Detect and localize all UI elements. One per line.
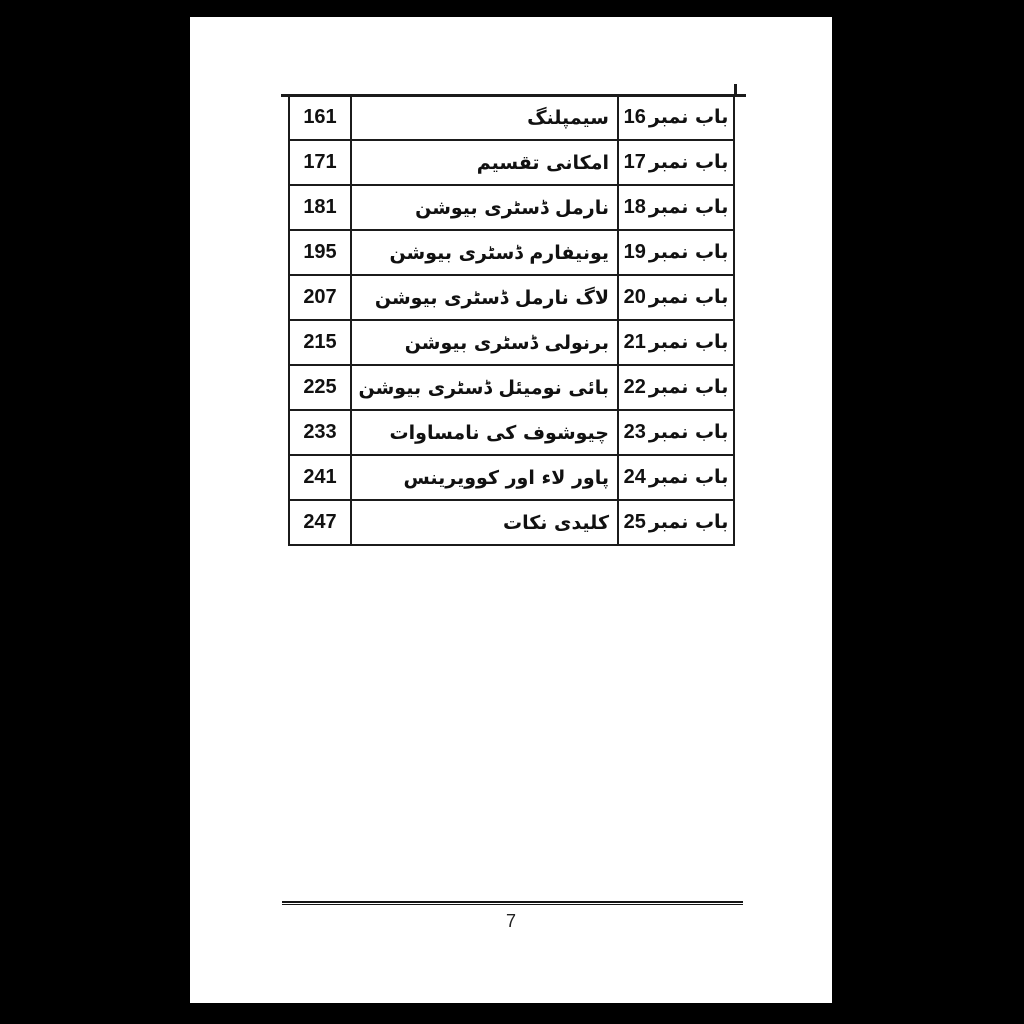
chapter-title: چیوشوف کی نامساوات <box>390 422 609 444</box>
page-cell: 181 <box>289 185 351 230</box>
chapter-number: 18 <box>624 196 646 218</box>
chapter-label: باب نمبر <box>649 241 728 263</box>
chapter-number: 22 <box>624 376 646 398</box>
page-number: 7 <box>190 911 832 932</box>
title-cell: نارمل ڈسٹری بیوشن <box>351 185 618 230</box>
chapter-cell: باب نمبر20 <box>618 275 734 320</box>
page-cell: 233 <box>289 410 351 455</box>
table-row: باب نمبر16 سیمپلنگ 161 <box>289 95 734 140</box>
chapter-cell: باب نمبر24 <box>618 455 734 500</box>
table-row: باب نمبر23 چیوشوف کی نامساوات 233 <box>289 410 734 455</box>
chapter-label: باب نمبر <box>649 106 728 128</box>
chapter-cell: باب نمبر25 <box>618 500 734 545</box>
book-page: باب نمبر16 سیمپلنگ 161 باب نمبر17 امکانی… <box>190 17 832 1003</box>
title-cell: چیوشوف کی نامساوات <box>351 410 618 455</box>
page-cell: 225 <box>289 365 351 410</box>
title-cell: برنولی ڈسٹری بیوشن <box>351 320 618 365</box>
chapter-title: پاور لاء اور کوویرینس <box>404 467 609 489</box>
table-row: باب نمبر21 برنولی ڈسٹری بیوشن 215 <box>289 320 734 365</box>
chapter-title: امکانی تقسیم <box>477 152 609 174</box>
chapter-title: سیمپلنگ <box>527 107 609 129</box>
chapter-cell: باب نمبر23 <box>618 410 734 455</box>
chapter-title: بائی نومیئل ڈسٹری بیوشن <box>359 377 609 399</box>
chapter-number: 16 <box>624 106 646 128</box>
chapter-cell: باب نمبر21 <box>618 320 734 365</box>
toc-table: باب نمبر16 سیمپلنگ 161 باب نمبر17 امکانی… <box>288 94 735 546</box>
chapter-cell: باب نمبر18 <box>618 185 734 230</box>
chapter-title: یونیفارم ڈسٹری بیوشن <box>389 242 609 264</box>
chapter-label: باب نمبر <box>649 331 728 353</box>
page-cell: 215 <box>289 320 351 365</box>
chapter-label: باب نمبر <box>649 421 728 443</box>
page-cell: 241 <box>289 455 351 500</box>
chapter-label: باب نمبر <box>649 466 728 488</box>
page-cell: 161 <box>289 95 351 140</box>
chapter-number: 19 <box>624 241 646 263</box>
table-row: باب نمبر24 پاور لاء اور کوویرینس 241 <box>289 455 734 500</box>
chapter-number: 24 <box>624 466 646 488</box>
scan-background: باب نمبر16 سیمپلنگ 161 باب نمبر17 امکانی… <box>0 0 1024 1024</box>
title-cell: سیمپلنگ <box>351 95 618 140</box>
chapter-number: 21 <box>624 331 646 353</box>
chapter-title: لاگ نارمل ڈسٹری بیوشن <box>375 287 609 309</box>
chapter-cell: باب نمبر16 <box>618 95 734 140</box>
table-row: باب نمبر18 نارمل ڈسٹری بیوشن 181 <box>289 185 734 230</box>
chapter-label: باب نمبر <box>649 286 728 308</box>
page-cell: 195 <box>289 230 351 275</box>
footer-rule <box>282 901 743 905</box>
chapter-title: نارمل ڈسٹری بیوشن <box>415 197 609 219</box>
table-row: باب نمبر25 کلیدی نکات 247 <box>289 500 734 545</box>
title-cell: امکانی تقسیم <box>351 140 618 185</box>
title-cell: بائی نومیئل ڈسٹری بیوشن <box>351 365 618 410</box>
table-row: باب نمبر20 لاگ نارمل ڈسٹری بیوشن 207 <box>289 275 734 320</box>
chapter-label: باب نمبر <box>649 151 728 173</box>
chapter-label: باب نمبر <box>649 511 728 533</box>
chapter-label: باب نمبر <box>649 376 728 398</box>
chapter-label: باب نمبر <box>649 196 728 218</box>
page-cell: 207 <box>289 275 351 320</box>
title-cell: کلیدی نکات <box>351 500 618 545</box>
title-cell: لاگ نارمل ڈسٹری بیوشن <box>351 275 618 320</box>
chapter-number: 17 <box>624 151 646 173</box>
title-cell: یونیفارم ڈسٹری بیوشن <box>351 230 618 275</box>
chapter-number: 20 <box>624 286 646 308</box>
table-row: باب نمبر22 بائی نومیئل ڈسٹری بیوشن 225 <box>289 365 734 410</box>
title-cell: پاور لاء اور کوویرینس <box>351 455 618 500</box>
table-row: باب نمبر17 امکانی تقسیم 171 <box>289 140 734 185</box>
page-cell: 171 <box>289 140 351 185</box>
chapter-cell: باب نمبر19 <box>618 230 734 275</box>
chapter-number: 25 <box>624 511 646 533</box>
table-row: باب نمبر19 یونیفارم ڈسٹری بیوشن 195 <box>289 230 734 275</box>
chapter-title: کلیدی نکات <box>503 512 609 534</box>
chapter-title: برنولی ڈسٹری بیوشن <box>405 332 609 354</box>
chapter-cell: باب نمبر17 <box>618 140 734 185</box>
chapter-cell: باب نمبر22 <box>618 365 734 410</box>
chapter-number: 23 <box>624 421 646 443</box>
page-cell: 247 <box>289 500 351 545</box>
